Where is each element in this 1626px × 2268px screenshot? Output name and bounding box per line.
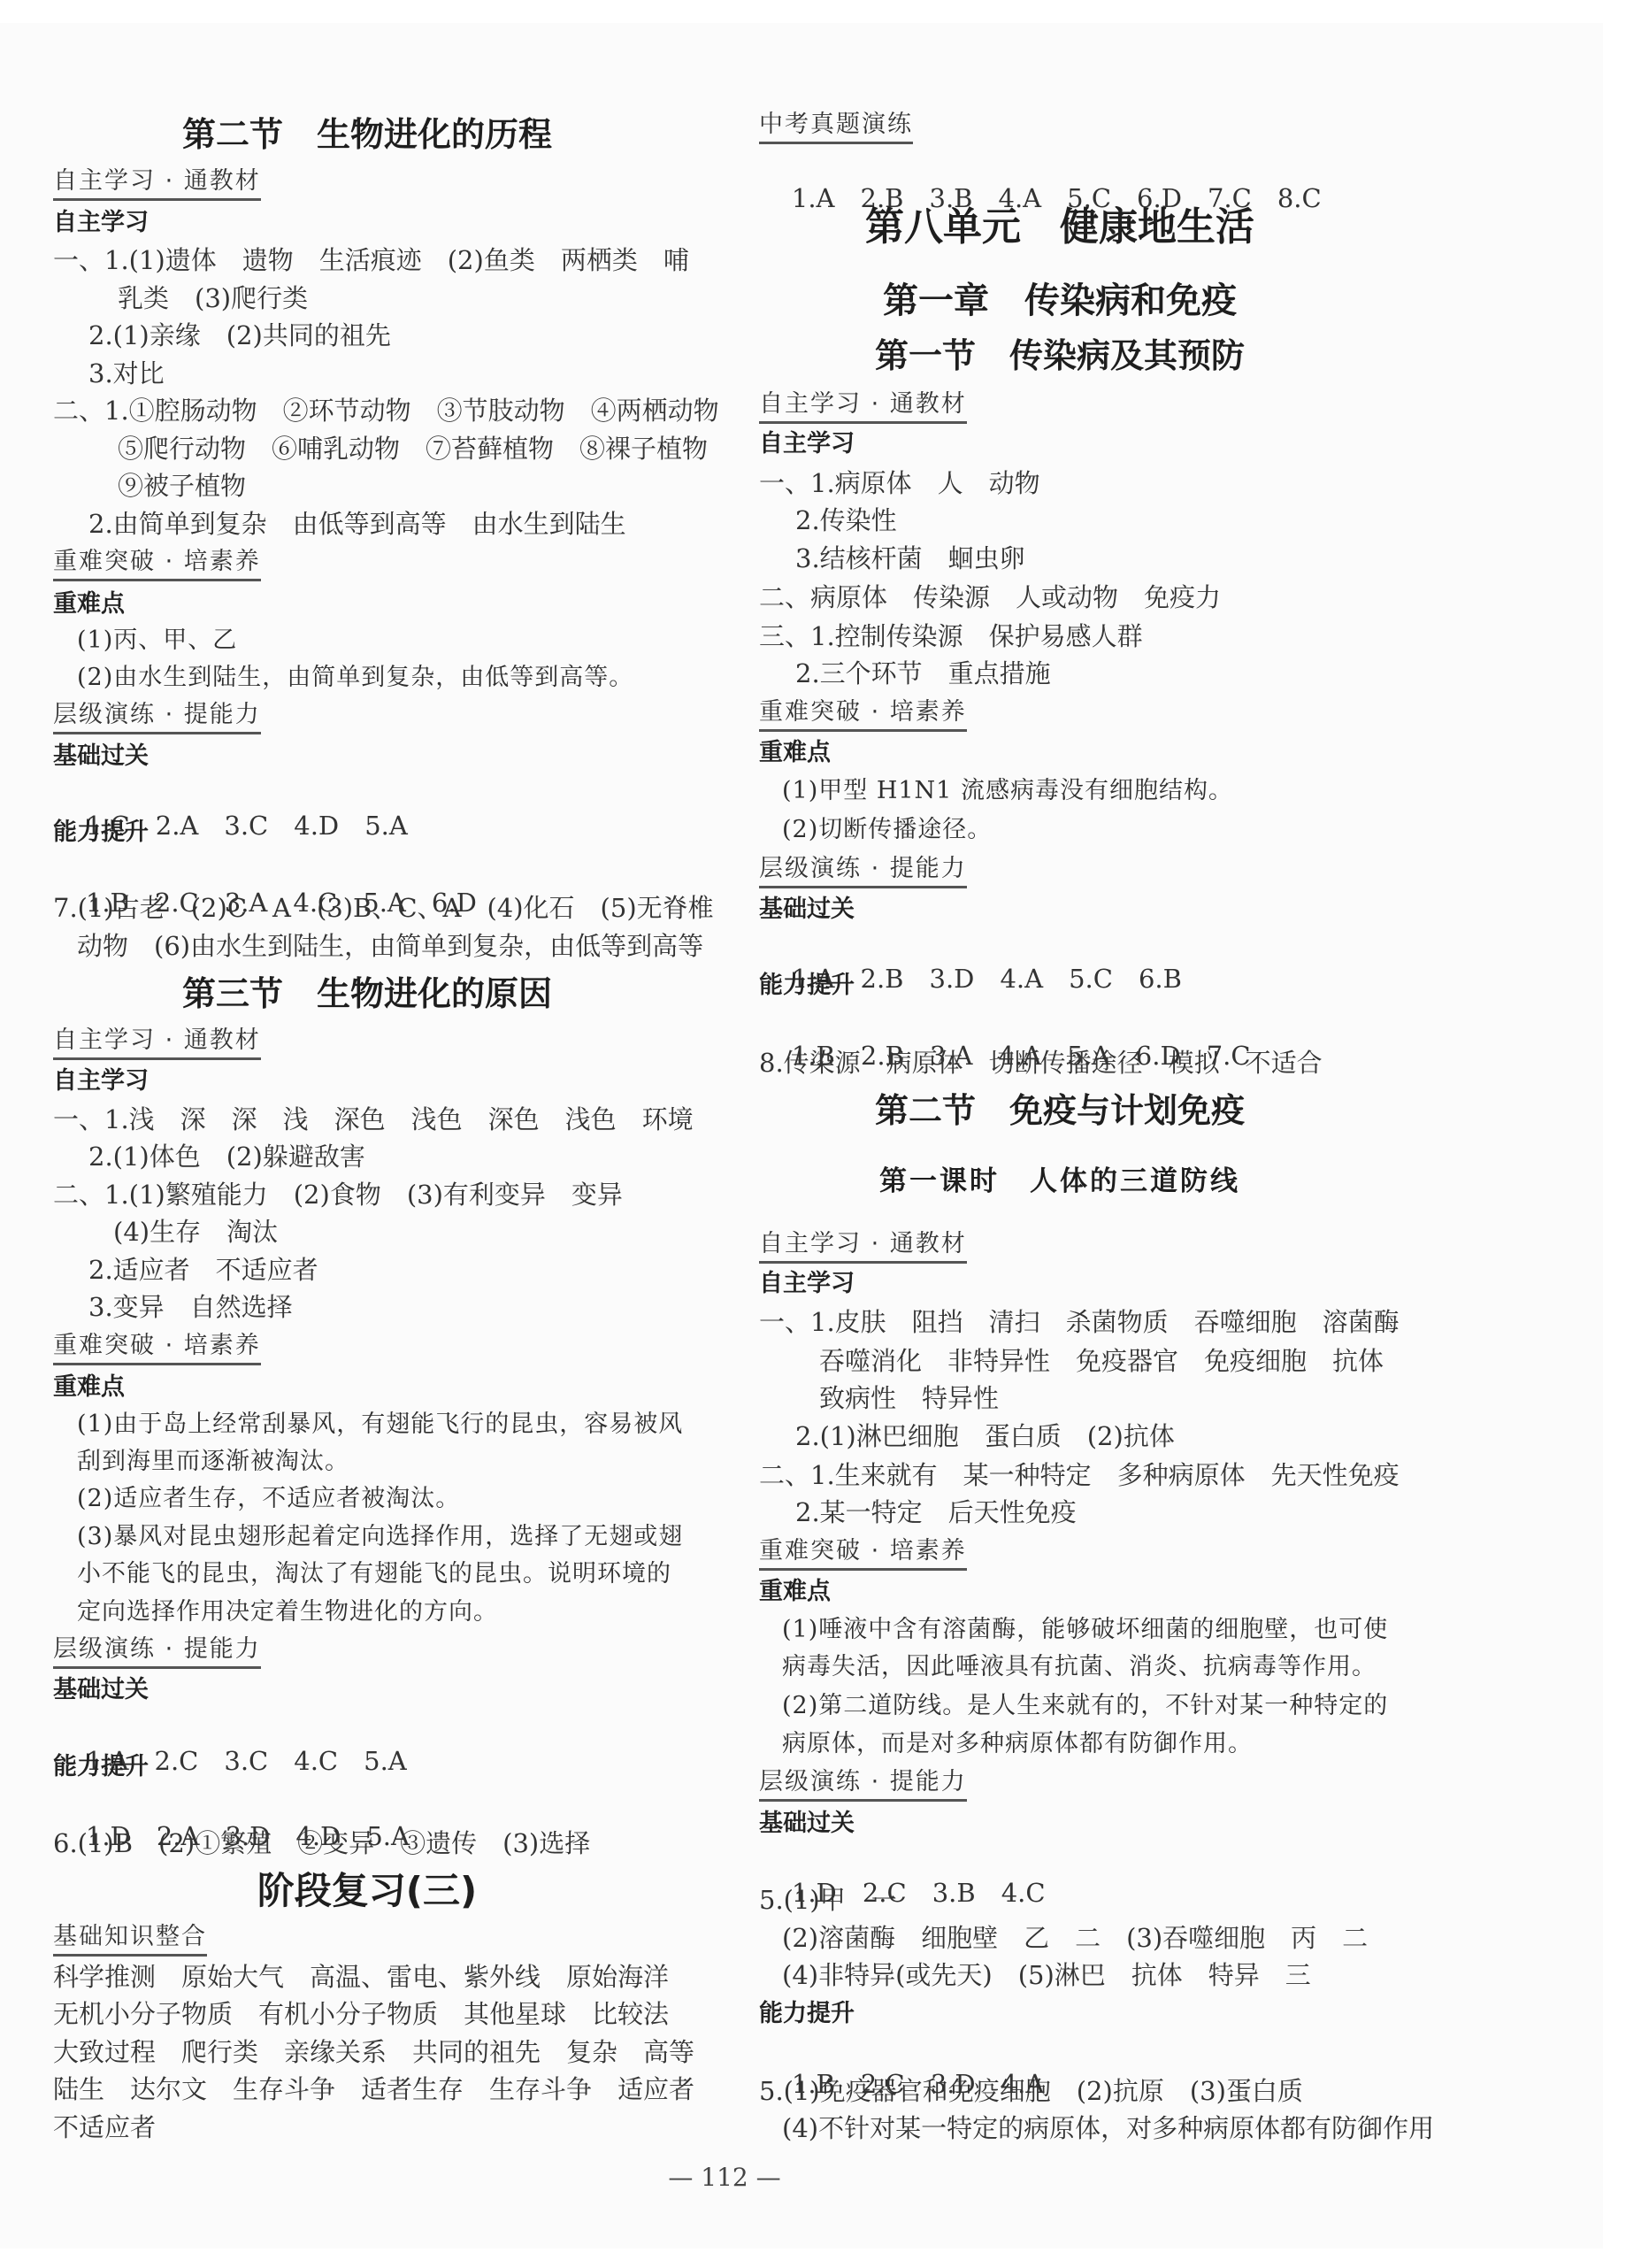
subheading-basic: 基础过关 [759, 895, 855, 925]
answer-line: 2.三个环节 重点措施 [795, 657, 1051, 689]
answer: 2.C [155, 1746, 199, 1776]
answer-line: 2.(1)淋巴细胞 蛋白质 (2)抗体 [795, 1420, 1175, 1452]
subheading-study: 自主学习 [53, 208, 149, 238]
answer-line: 7.(1)古老 (2)C A (3)B、C、A (4)化石 (5)无脊椎 [53, 892, 714, 924]
explanation-line: (2)切断传播途径。 [782, 814, 992, 846]
explanation-line: (3)暴风对昆虫翅形起着定向选择作用，选择了无翅或翅 [77, 1521, 683, 1553]
subheading-basic: 基础过关 [759, 1809, 855, 1839]
subheading-basic: 基础过关 [53, 1675, 149, 1705]
subheading-study: 自主学习 [759, 1269, 855, 1299]
section-header-practice: 层级演练 · 提能力 [53, 700, 261, 734]
answer: 3.B [932, 1878, 976, 1908]
answer: 5.A [364, 811, 408, 841]
section-header-key: 重难突破 · 培素养 [759, 1536, 967, 1571]
answer: 6.B [1139, 964, 1182, 994]
answer-line: 2.(1)亲缘 (2)共同的祖先 [88, 319, 391, 351]
section-header-study: 自主学习 · 通教材 [759, 389, 967, 424]
chapter-title: 第一章 传染病和免疫 [741, 280, 1378, 322]
answer-line: 6.(1)B (2)①繁殖 ②变异 ③遗传 (3)选择 [53, 1827, 590, 1859]
page-number: — 112 — [636, 2163, 813, 2192]
section-header-practice: 层级演练 · 提能力 [759, 854, 967, 888]
answer-line: 一、1.(1)遗体 遗物 生活痕迹 (2)鱼类 两栖类 哺 [53, 244, 689, 276]
subheading-key: 重难点 [759, 1577, 831, 1607]
answer-line: 一、1.浅 深 深 浅 深色 浅色 深色 浅色 环境 [53, 1103, 694, 1135]
answer: 4.C [1001, 1878, 1046, 1908]
answer-line: (4)生存 淘汰 [113, 1216, 278, 1248]
answer: 3.C [224, 1746, 268, 1776]
answer-line: 二、1.生来就有 某一种特定 多种病原体 先天性免疫 [759, 1459, 1400, 1491]
explanation-line: (1)丙、甲、乙 [77, 625, 237, 657]
explanation-line: (2)适应者生存，不适应者被淘汰。 [77, 1483, 460, 1515]
section-header-key: 重难突破 · 培素养 [53, 547, 261, 581]
subheading-study: 自主学习 [53, 1066, 149, 1096]
answer-line: 5.(1)甲 一 [759, 1884, 897, 1916]
section-header-summary: 基础知识整合 [53, 1922, 207, 1957]
answer-line: 二、1.①腔肠动物 ②环节动物 ③节肢动物 ④两栖动物 [53, 395, 719, 427]
explanation-line: 定向选择作用决定着生物进化的方向。 [77, 1596, 498, 1628]
answer-line: 2.(1)体色 (2)躲避敌害 [88, 1141, 365, 1172]
answer: 3.C [224, 811, 268, 841]
summary-line: 无机小分子物质 有机小分子物质 其他星球 比较法 [53, 1998, 669, 2030]
answer-line: 3.结核杆菌 蛔虫卵 [795, 542, 1025, 574]
summary-line: 陆生 达尔文 生存斗争 适者生存 生存斗争 适应者 [53, 2073, 694, 2105]
answer-line: 吞噬消化 非特异性 免疫器官 免疫细胞 抗体 [819, 1345, 1384, 1377]
subheading-improve: 能力提升 [759, 971, 855, 1001]
explanation-line: 病原体，而是对多种病原体都有防御作用。 [782, 1728, 1253, 1760]
answer-line: 2.传染性 [795, 504, 897, 536]
answer-line: (4)非特异(或先天) (5)淋巴 抗体 特异 三 [782, 1959, 1311, 1991]
subheading-basic: 基础过关 [53, 742, 149, 772]
unit-title: 第八单元 健康地生活 [741, 204, 1378, 250]
answer-line: 3.变异 自然选择 [88, 1291, 293, 1323]
answer: 4.C [294, 1746, 338, 1776]
summary-line: 大致过程 爬行类 亲缘关系 共同的祖先 复杂 高等 [53, 2036, 694, 2068]
answer: 3.D [930, 964, 975, 994]
section-header-practice: 层级演练 · 提能力 [53, 1634, 261, 1669]
subheading-study: 自主学习 [759, 429, 855, 459]
answer: 2.A [156, 811, 199, 841]
section-header-study: 自主学习 · 通教材 [53, 1026, 261, 1060]
section-header-study: 自主学习 · 通教材 [53, 166, 261, 201]
section-title: 第三节 生物进化的原因 [53, 974, 681, 1013]
section-title: 第二节 免疫与计划免疫 [741, 1091, 1378, 1130]
lesson-title: 第一课时 人体的三道防线 [741, 1165, 1378, 1198]
answer-line: 乳类 (3)爬行类 [118, 282, 308, 314]
answer-line: 5.(1)免疫器官和免疫细胞 (2)抗原 (3)蛋白质 [759, 2075, 1303, 2107]
answer: 5.C [1069, 964, 1113, 994]
answer: 5.A [364, 1746, 407, 1776]
subheading-key: 重难点 [53, 1372, 125, 1403]
answer-line: ⑤爬行动物 ⑥哺乳动物 ⑦苔藓植物 ⑧裸子植物 [118, 433, 708, 465]
explanation-line: 病毒失活，因此唾液具有抗菌、消炎、抗病毒等作用。 [782, 1651, 1377, 1683]
explanation-line: 刮到海里而逐渐被淘汰。 [77, 1446, 349, 1478]
answer-line: 致病性 特异性 [819, 1382, 999, 1414]
section-title: 第一节 传染病及其预防 [741, 336, 1378, 375]
explanation-line: (1)由于岛上经常刮暴风，有翅能飞行的昆虫，容易被风 [77, 1409, 683, 1441]
answer: 4.D [294, 811, 339, 841]
answer-line: 2.适应者 不适应者 [88, 1254, 318, 1286]
subheading-improve: 能力提升 [53, 818, 149, 848]
answer-line: 二、病原体 传染源 人或动物 免疫力 [759, 581, 1221, 613]
section-title: 第二节 生物进化的历程 [53, 115, 681, 154]
answer-line: 二、1.(1)繁殖能力 (2)食物 (3)有利变异 变异 [53, 1179, 623, 1211]
answer-line: 8.传染源 病原体 切断传播途径 模拟 不适合 [759, 1047, 1323, 1079]
subheading-improve: 能力提升 [759, 1999, 855, 2029]
section-header-key: 重难突破 · 培素养 [759, 697, 967, 732]
answer-line: 2.由简单到复杂 由低等到高等 由水生到陆生 [88, 508, 626, 540]
explanation-line: (2)由水生到陆生，由简单到复杂，由低等到高等。 [77, 662, 633, 694]
summary-line: 不适应者 [53, 2111, 156, 2143]
subheading-improve: 能力提升 [53, 1752, 149, 1782]
section-header-practice: 层级演练 · 提能力 [759, 1767, 967, 1802]
answer-line: ⑨被子植物 [118, 470, 246, 502]
answer-line: 三、1.控制传染源 保护易感人群 [759, 620, 1143, 652]
answer-line: 2.某一特定 后天性免疫 [795, 1496, 1077, 1528]
answer-line: 一、1.皮肤 阻挡 清扫 杀菌物质 吞噬细胞 溶菌酶 [759, 1306, 1400, 1338]
answer-line: 动物 (6)由水生到陆生，由简单到复杂，由低等到高等 [77, 930, 703, 962]
answer-line: 3.对比 [88, 357, 165, 389]
review-title: 阶段复习(三) [53, 1869, 681, 1913]
answer-line: (4)不针对某一特定的病原体，对多种病原体都有防御作用 [782, 2112, 1434, 2144]
section-header-study: 自主学习 · 通教材 [759, 1229, 967, 1264]
explanation-line: 小不能飞的昆虫，淘汰了有翅能飞的昆虫。说明环境的 [77, 1558, 671, 1590]
answer-line: (2)溶菌酶 细胞壁 乙 二 (3)吞噬细胞 丙 二 [782, 1922, 1368, 1954]
explanation-line: (2)第二道防线。是人生来就有的，不针对某一种特定的 [782, 1690, 1388, 1722]
section-header-key: 重难突破 · 培素养 [53, 1331, 261, 1365]
explanation-line: (1)甲型 H1N1 流感病毒没有细胞结构。 [782, 775, 1233, 807]
answer-line: 一、1.病原体 人 动物 [759, 467, 1040, 499]
section-header-exam: 中考真题演练 [759, 110, 913, 144]
answer: 4.A [1000, 964, 1043, 994]
subheading-key: 重难点 [53, 589, 125, 619]
subheading-key: 重难点 [759, 738, 831, 768]
summary-line: 科学推测 原始大气 高温、雷电、紫外线 原始海洋 [53, 1961, 669, 1993]
answer: 2.B [861, 964, 904, 994]
explanation-line: (1)唾液中含有溶菌酶，能够破坏细菌的细胞壁，也可使 [782, 1614, 1388, 1646]
